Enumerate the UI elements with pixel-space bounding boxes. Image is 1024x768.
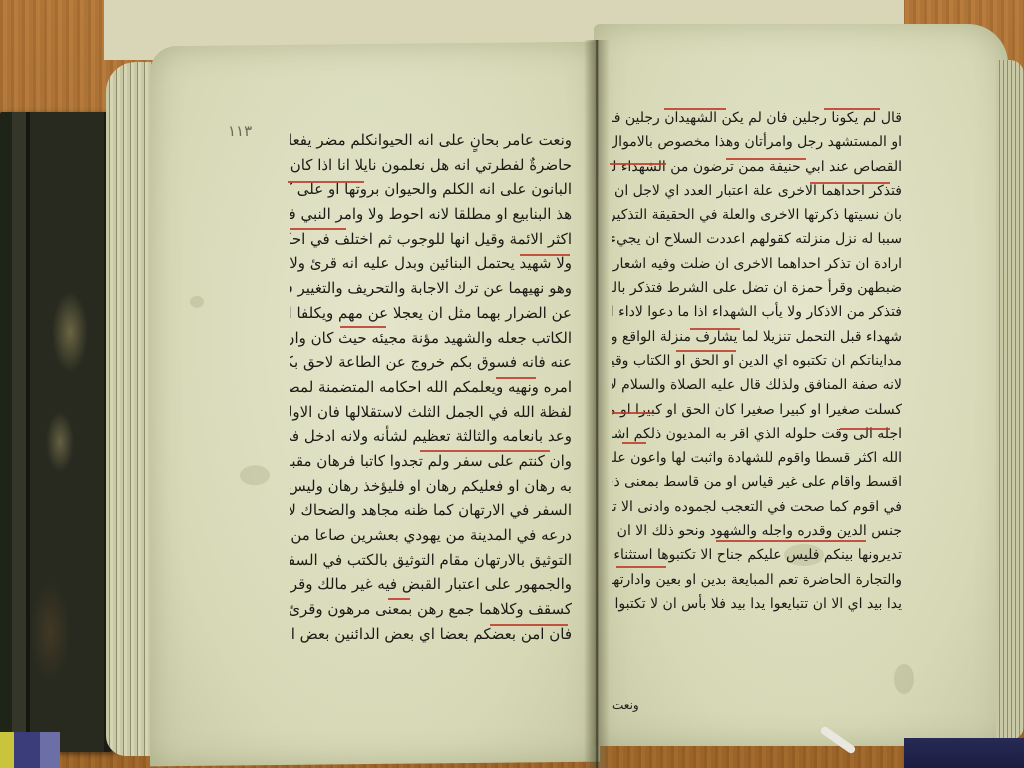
- text-line: بان نسيتها ذكرتها الاخرى والعلة في الحقي…: [612, 203, 902, 227]
- rubric-overline: [810, 182, 890, 184]
- text-line: وعد بانعامه والثالثة تعظيم لشأنه ولانه ا…: [290, 424, 572, 449]
- text-line: لفظة الله في الجمل الثلث لاستقلالها فان …: [290, 400, 572, 425]
- text-line: لانه صفة المنافق ولذلك قال عليه الصلاة و…: [612, 373, 902, 397]
- text-line: في اقوم كما صحت في التعجب لجموده وادنى ا…: [612, 495, 902, 519]
- manuscript-photo: ١١٣ ونعت عامر بحانٍ على انه الحيوانكلم م…: [0, 0, 1024, 768]
- text-line: السفر في الارتهان كما ظنه مجاهد والضحاك …: [290, 498, 572, 523]
- text-line: قال لم يكونا رجلين فان لم يكن الشهيدان ر…: [612, 106, 902, 130]
- rubric-overline: [676, 350, 736, 352]
- text-line: به رهان او فعليكم رهان او فليؤخذ رهان ول…: [290, 474, 572, 499]
- text-line: شهداء قبل التحمل تنزيلا لما يشارف منزلة …: [612, 325, 902, 349]
- text-line: وان كنتم على سفر ولم تجدوا كاتبا فرهان م…: [290, 449, 572, 474]
- text-line: وهو نهيهما عن ترك الاجابة والتحريف والتغ…: [290, 276, 572, 301]
- rubric-overline: [490, 624, 568, 626]
- text-line: ضبطهن وقرأ حمزة ان تضل على الشرط فتذكر ب…: [612, 276, 902, 300]
- paper-stain: [894, 664, 914, 694]
- catchword: ونعت: [612, 698, 639, 712]
- rubric-overline: [340, 326, 386, 328]
- books-bottom-right: [904, 738, 1024, 768]
- text-line: والتجارة الحاضرة تعم المبايعة بدين او بع…: [612, 568, 902, 592]
- text-line: الله اكثر قسطا واقوم للشهادة واثبت لها و…: [612, 446, 902, 470]
- rubric-overline: [664, 108, 726, 110]
- text-line: ارادة ان تذكر احداهما الاخرى ان ضلت وفيه…: [612, 252, 902, 276]
- rubric-overline: [716, 540, 866, 542]
- text-line: سببا له نزل منزلته كقولهم اعددت السلاح ا…: [612, 227, 902, 251]
- text-line: الكاتب جعله والشهيد مؤنة مجيئه حيث كان و…: [290, 326, 572, 351]
- rubric-overline: [616, 566, 666, 568]
- rubric-overline: [496, 377, 536, 379]
- rubric-overline: [520, 254, 570, 256]
- text-line: تديرونها بينكم فليس عليكم جناح الا تكتبو…: [612, 543, 902, 567]
- rubric-overline: [388, 598, 410, 600]
- text-line: عنه فانه فسوق بكم خروج عن الطاعة لاحق بك…: [290, 350, 572, 375]
- rubric-overline: [420, 450, 550, 452]
- text-line: كسقف وكلاهما جمع رهن بمعنى مرهون وقرئ با…: [290, 597, 572, 622]
- text-line: ونعت عامر بحانٍ على انه الحيوانكلم مضر ي…: [290, 128, 572, 153]
- text-line: مدايناتكم ان تكتبوه اي الدين او الحق او …: [612, 349, 902, 373]
- paper-stain: [190, 296, 204, 308]
- text-line: اقسط واقام على غير قياس او من قاسط بمعنى…: [612, 470, 902, 494]
- text-line: درعه في المدينة من يهودي بعشرين صاعا من …: [290, 523, 572, 548]
- text-line: التوثيق بالارتهان مقام التوثيق بالكتب في…: [290, 548, 572, 573]
- text-line: يدا بيد اي الا ان تتبايعوا يدا بيد فلا ب…: [612, 592, 902, 616]
- text-line: كسلت صغيرا او كبيرا صغيرا كان الحق او كب…: [612, 398, 902, 422]
- text-line: عن الضرار بهما مثل ان يعجلا عن مهم ويكلف…: [290, 301, 572, 326]
- rubric-overline: [288, 181, 364, 183]
- rubric-overline: [290, 228, 346, 230]
- text-line: والجمهور على اعتبار القبض فيه غير مالك و…: [290, 572, 572, 597]
- rubric-overline: [840, 428, 890, 430]
- text-line: اجله الى وقت حلوله الذي اقر به المديون ذ…: [612, 422, 902, 446]
- paper-stain: [240, 465, 270, 485]
- text-line: اكثر الائمة وقيل انها للوجوب ثم اختلف في…: [290, 227, 572, 252]
- book-gutter: [584, 40, 610, 768]
- rubric-overline: [824, 108, 880, 110]
- text-line: او المستشهد رجل وامرأتان وهذا مخصوص بالا…: [612, 130, 902, 154]
- rubric-overline: [610, 163, 666, 165]
- books-bottom-left: [0, 732, 60, 768]
- left-page-text: ونعت عامر بحانٍ على انه الحيوانكلم مضر ي…: [290, 128, 572, 646]
- text-line: حاضرةٌ لفطرتي انه هل نعلمون نايلا انا اذ…: [290, 153, 572, 178]
- right-page-edges: [996, 60, 1024, 740]
- rubric-overline: [690, 328, 740, 330]
- text-line: فتذكر من الاذكار ولا يأب الشهداء اذا ما …: [612, 300, 902, 324]
- binding-spine: [26, 112, 30, 732]
- text-line: هذ البنابيع او مطلقا لانه احوط ولا وامر …: [290, 202, 572, 227]
- rubric-overline: [622, 442, 646, 444]
- rubric-overline: [726, 158, 806, 160]
- rubric-overline: [612, 412, 652, 414]
- leather-binding: [0, 112, 118, 752]
- folio-number: ١١٣: [228, 122, 252, 140]
